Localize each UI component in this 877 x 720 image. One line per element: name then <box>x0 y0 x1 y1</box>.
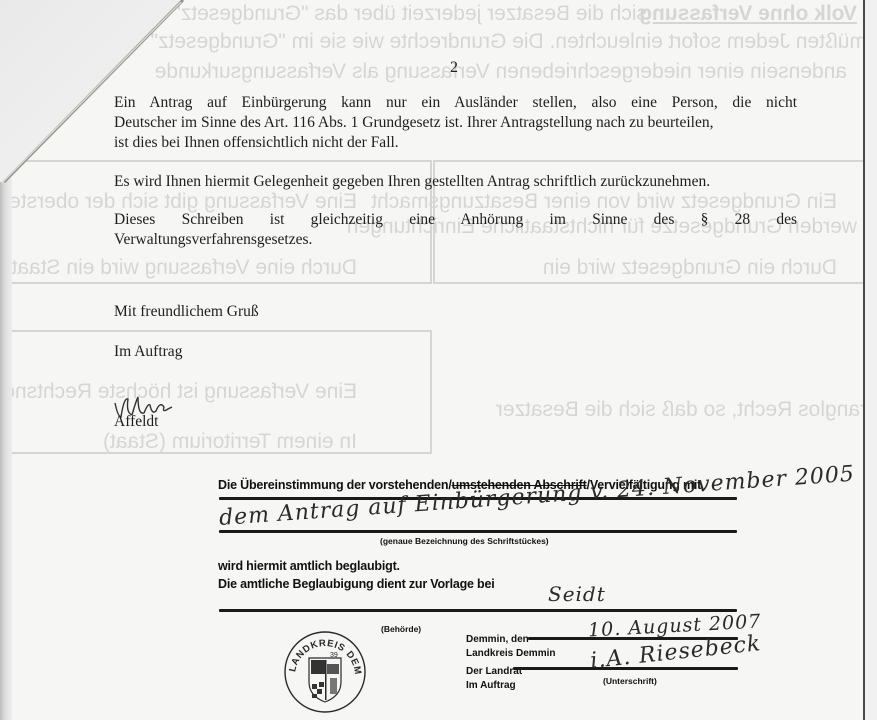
form-rule <box>513 667 738 670</box>
signer-name: Affeldt <box>114 412 158 431</box>
body-line: ist dies bei Ihnen offensichtlich nicht … <box>114 133 399 152</box>
scan-right-edge-line <box>863 0 865 720</box>
bleed-line: müßten Jedem sofort einleuchten. Die Gru… <box>151 30 867 54</box>
certification-line-3: Die amtliche Beglaubigung dient zur Vorl… <box>218 575 495 594</box>
authority-caption: (Behörde) <box>381 620 421 639</box>
stamp-number: 39 <box>330 652 338 659</box>
bleed-line: andensein einer niedergeschriebenen Verf… <box>155 60 847 84</box>
scan-left-edge-shadow <box>0 0 12 720</box>
handwritten-authority: Seidt <box>548 582 606 606</box>
certification-line-2: wird hiermit amtlich beglaubigt. <box>218 557 400 576</box>
signature-caption: (Unterschrift) <box>603 672 657 691</box>
body-line: Deutscher im Sinne des Art. 116 Abs. 1 G… <box>114 113 713 132</box>
official-stamp: LANDKREIS DEMMIN 39 <box>283 630 367 714</box>
body-line: Verwaltungsverfahrensgesetzes. <box>114 230 312 249</box>
form-rule <box>219 609 737 612</box>
document-name-caption: (genaue Bezeichnung des Schriftstückes) <box>380 532 549 551</box>
bleed-line: Durch eine Verfassung wird ein Staat <box>11 256 357 280</box>
office-label: Landkreis Demmin <box>466 644 555 663</box>
bleed-box <box>0 330 432 454</box>
scan-right-margin <box>865 0 877 720</box>
closing-greeting: Mit freundlichem Gruß <box>114 302 259 321</box>
body-line: Es wird Ihnen hiermit Gelegenheit gegebe… <box>114 172 710 191</box>
page-number: 2 <box>450 58 458 77</box>
certification-prefix: Die Übereinstimmung der vorstehenden/ <box>218 478 452 492</box>
bleed-line: sich die Besatzer jederzeit über das "Gr… <box>173 2 647 26</box>
bleed-line: Durch ein Grundgesetz wird ein <box>543 256 837 280</box>
body-line: Ein Antrag auf Einbürgerung kann nur ein… <box>114 93 797 112</box>
on-behalf-label-form: Im Auftrag <box>466 676 516 695</box>
scanned-letter-page: Volk ohne Verfassung sich die Besatzer j… <box>0 0 877 720</box>
bleed-heading: Volk ohne Verfassung <box>639 2 857 26</box>
bleed-line: In einem Territorium (Staat) <box>103 430 357 454</box>
body-line: Dieses Schreiben ist gleichzeitig eine A… <box>114 210 797 229</box>
on-behalf-label: Im Auftrag <box>114 342 182 361</box>
bleed-line: ranglos Recht, so daß sich die Besatzer <box>496 398 867 422</box>
